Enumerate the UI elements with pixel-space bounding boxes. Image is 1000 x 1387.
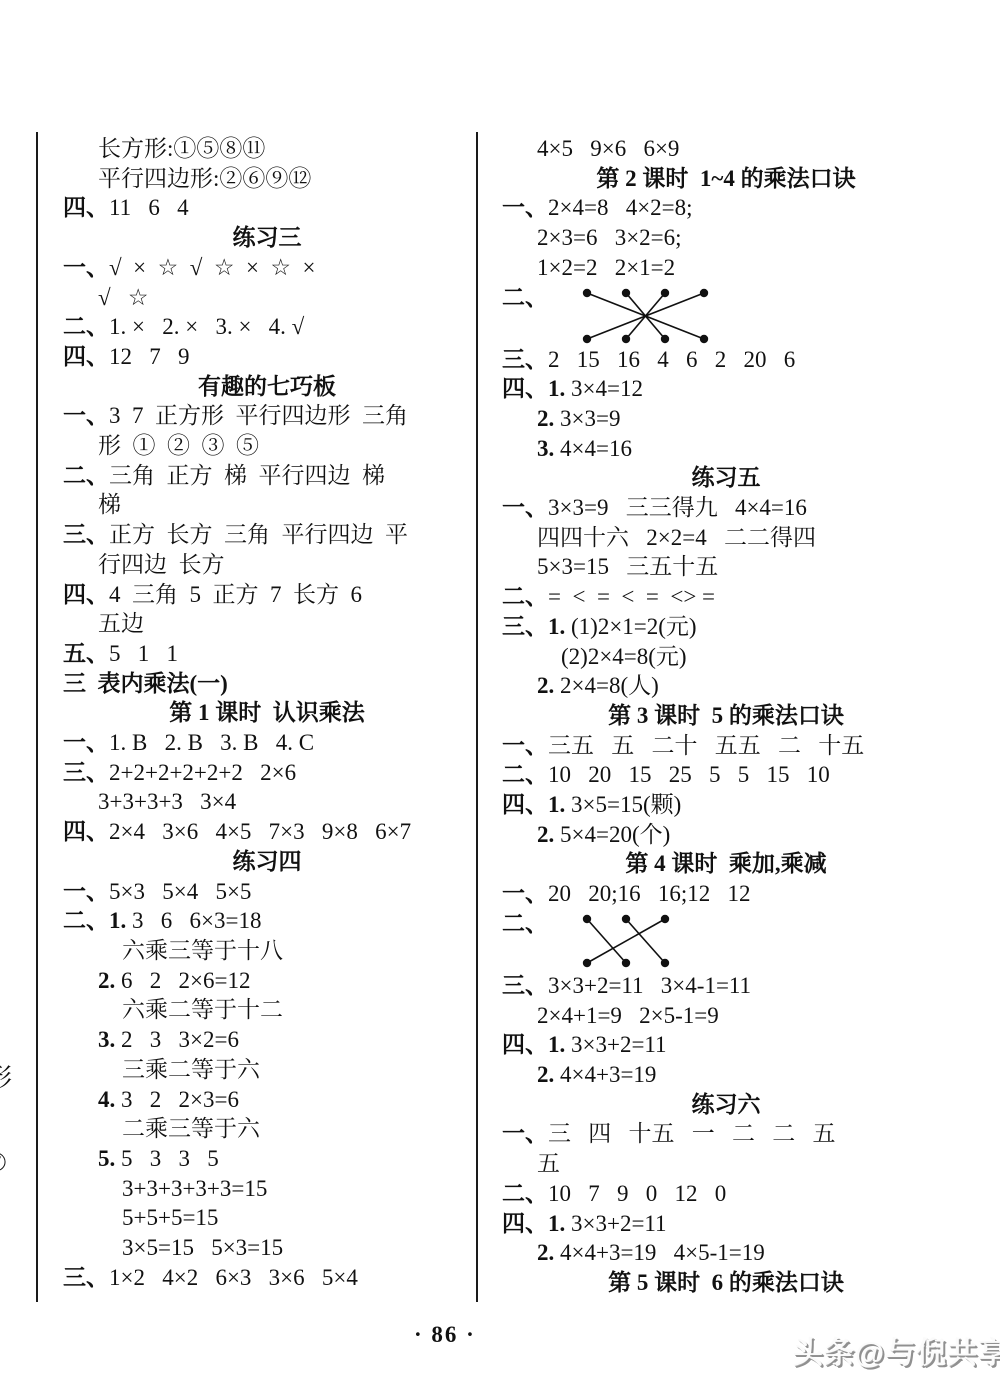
column-divider (476, 132, 478, 1302)
answer-text: 3 6 6×3=18 (126, 908, 261, 933)
margin-clipped-glyph: ⑦ (0, 1148, 7, 1178)
matching-diagram: 二、 (502, 909, 950, 971)
answer-line: 五、5 1 1 (63, 639, 471, 669)
list-marker: 四、1. (502, 792, 565, 817)
answer-text: 20 20;16 16;12 12 (548, 881, 751, 906)
list-marker: 二、1. (63, 908, 126, 933)
answer-text: 2×4=8 4×2=8; (548, 195, 693, 220)
answer-line: 一、√ × ☆ √ ☆ × ☆ × (63, 253, 471, 283)
answer-text: 三乘二等于六 (122, 1057, 260, 1082)
list-marker: 四、1. (502, 1032, 565, 1057)
answer-text: 3 2 2×3=6 (115, 1087, 239, 1112)
answer-text: 练习六 (692, 1092, 761, 1117)
answer-line: 1×2=2 2×1=2 (502, 253, 950, 283)
margin-clipped-glyph: 形 (0, 1058, 12, 1094)
answer-text: 第 1 课时 认识乘法 (169, 700, 365, 725)
list-marker: 一、 (502, 1121, 548, 1146)
answer-line: 六乘三等于十八 (63, 936, 471, 966)
answer-text: 3×5=15 5×3=15 (122, 1235, 283, 1260)
answer-text: 5×4=20(个) (554, 822, 670, 847)
answer-line: 三、1. (1)2×1=2(元) (502, 612, 950, 642)
answer-line: √ ☆ (63, 283, 471, 313)
list-marker: 二、 (502, 1181, 548, 1206)
answer-text: √ ☆ (98, 285, 149, 310)
answer-text: 练习四 (233, 849, 302, 874)
answer-line: 六乘二等于十二 (63, 995, 471, 1025)
answer-text: 10 20 15 25 5 5 15 10 (548, 762, 830, 787)
answer-text: 1. B 2. B 3. B 4. C (109, 730, 314, 755)
answer-line: 四、1. 3×4=12 (502, 374, 950, 404)
matching-lines-svg (580, 286, 712, 346)
heading-line: 有趣的七巧板 (63, 372, 471, 402)
answer-line: 二、1. 3 6 6×3=18 (63, 906, 471, 936)
answer-line: 5+5+5=15 (63, 1203, 471, 1233)
answer-text: 三 表内乘法(一) (63, 671, 228, 696)
list-marker: 一、 (63, 403, 109, 428)
answer-line: 3×5=15 5×3=15 (63, 1233, 471, 1263)
answer-text: = < = < = <> = (548, 584, 715, 609)
answer-text: 梯 (98, 492, 121, 517)
answer-line: 三、正方 长方 三角 平行四边 平 (63, 520, 471, 550)
list-marker: 三、 (63, 760, 109, 785)
answer-line: 四、1. 3×5=15(颗) (502, 790, 950, 820)
answer-text: 3 7 正方形 平行四边形 三角 (109, 403, 408, 428)
answer-text: 行四边 长方 (98, 552, 225, 577)
answer-text: 4 三角 5 正方 7 长方 6 (109, 582, 362, 607)
answer-text: 第 2 课时 1~4 的乘法口诀 (596, 166, 855, 191)
answer-text: 3×3+2=11 3×4-1=11 (548, 973, 751, 998)
answer-text: 3+3+3+3+3=15 (122, 1176, 267, 1201)
answer-text: 2×4 3×6 4×5 7×3 9×8 6×7 (109, 819, 411, 844)
answer-line: 二、= < = < = <> = (502, 582, 950, 612)
heading-line: 第 4 课时 乘加,乘减 (502, 849, 950, 879)
answer-line: 平行四边形:②⑥⑨⑫ (63, 164, 471, 194)
list-marker: 二、 (502, 762, 548, 787)
answer-text: 有趣的七巧板 (198, 374, 336, 399)
list-marker: 一、 (63, 255, 109, 280)
list-marker: 一、 (502, 881, 548, 906)
heading-line: 练习三 (63, 223, 471, 253)
answer-line: 四、1. 3×3+2=11 (502, 1030, 950, 1060)
answer-line: 二乘三等于六 (63, 1114, 471, 1144)
answer-text: 五边 (98, 611, 144, 636)
list-marker: 4. (98, 1087, 115, 1112)
heading-line: 第 2 课时 1~4 的乘法口诀 (502, 164, 950, 194)
answer-line: 四、1. 3×3+2=11 (502, 1209, 950, 1239)
answer-line: 五边 (63, 609, 471, 639)
answer-text: 4×5 9×6 6×9 (537, 136, 679, 161)
answer-line: 三、3×3+2=11 3×4-1=11 (502, 971, 950, 1001)
answer-line: 四四十六 2×2=4 二二得四 (502, 523, 950, 553)
answer-text: 3×3+2=11 (565, 1032, 666, 1057)
heading-line: 第 1 课时 认识乘法 (63, 698, 471, 728)
answer-text: 六乘二等于十二 (122, 997, 283, 1022)
answer-text: (1)2×1=2(元) (565, 614, 696, 639)
answer-text: 1×2 4×2 6×3 3×6 5×4 (109, 1265, 358, 1290)
answer-text: 五 (537, 1151, 560, 1176)
list-marker: 2. (537, 406, 554, 431)
answer-text: 2×4+1=9 2×5-1=9 (537, 1003, 719, 1028)
answer-text: 2 3 3×2=6 (115, 1027, 239, 1052)
answer-line: 形 ① ② ③ ⑤ (63, 431, 471, 461)
matching-diagram: 二、 (502, 283, 950, 345)
list-marker: 三、 (63, 522, 109, 547)
answer-text: 5×3=15 三五十五 (537, 554, 718, 579)
answer-text: 6 2 2×6=12 (115, 968, 250, 993)
answer-text: 4×4+3=19 (554, 1062, 656, 1087)
list-marker: 2. (537, 673, 554, 698)
answer-text: 平行四边形:②⑥⑨⑫ (98, 166, 311, 191)
answers-column-left: 长方形:①⑤⑧⑪平行四边形:②⑥⑨⑫四、11 6 4练习三一、√ × ☆ √ ☆… (63, 134, 471, 1292)
answer-text: 3×3=9 三三得九 4×4=16 (548, 495, 807, 520)
list-marker: 二、 (502, 584, 548, 609)
answer-line: 2. 4×4+3=19 (502, 1060, 950, 1090)
list-marker: 四、 (63, 582, 109, 607)
answer-text: 练习五 (692, 465, 761, 490)
answer-line: 一、三 四 十五 一 二 二 五 (502, 1119, 950, 1149)
list-marker: 四、1. (502, 376, 565, 401)
answer-text: 正方 长方 三角 平行四边 平 (109, 522, 408, 547)
list-marker: 5. (98, 1146, 115, 1171)
answer-line: 5. 5 3 3 5 (63, 1144, 471, 1174)
answer-text: 1×2=2 2×1=2 (537, 255, 675, 280)
answer-line: 五 (502, 1149, 950, 1179)
list-marker: 二、 (502, 283, 548, 313)
list-marker: 三、 (63, 1265, 109, 1290)
list-marker: 二、 (502, 909, 548, 939)
list-marker: 2. (537, 1062, 554, 1087)
answer-line: (2)2×4=8(元) (502, 642, 950, 672)
list-marker: 三、 (502, 973, 548, 998)
answer-text: 3×3=9 (554, 406, 620, 431)
list-marker: 五、 (63, 641, 109, 666)
answer-text: 六乘三等于十八 (122, 938, 283, 963)
answer-text: 10 7 9 0 12 0 (548, 1181, 726, 1206)
answer-line: 二、三角 正方 梯 平行四边 梯 (63, 461, 471, 491)
answer-text: 11 6 4 (109, 195, 189, 220)
answer-line: 一、2×4=8 4×2=8; (502, 193, 950, 223)
answer-line: 2. 5×4=20(个) (502, 820, 950, 850)
answer-text: 3×4=12 (565, 376, 643, 401)
answer-text: 5+5+5=15 (122, 1205, 218, 1230)
answer-text: 三五 五 二十 五五 二 十五 (548, 733, 864, 758)
answer-text: 3×5=15(颗) (565, 792, 681, 817)
answer-line: 2. 4×4+3=19 4×5-1=19 (502, 1238, 950, 1268)
list-marker: 2. (537, 1240, 554, 1265)
answer-line: 4×5 9×6 6×9 (502, 134, 950, 164)
answer-line: 二、10 20 15 25 5 5 15 10 (502, 760, 950, 790)
answer-line: 梯 (63, 490, 471, 520)
answer-text: 5 1 1 (109, 641, 178, 666)
list-marker: 2. (537, 822, 554, 847)
page-left-border (36, 132, 38, 1302)
heading-line: 第 3 课时 5 的乘法口诀 (502, 701, 950, 731)
list-marker: 一、 (63, 730, 109, 755)
answer-text: 形 ① ② ③ ⑤ (98, 433, 259, 458)
answer-text: 三角 正方 梯 平行四边 梯 (109, 463, 385, 488)
answer-line: 三、2 15 16 4 6 2 20 6 (502, 345, 950, 375)
page-number: · 86 · (414, 1322, 476, 1348)
list-marker: 一、 (502, 495, 548, 520)
answer-line: 二、1. × 2. × 3. × 4. √ (63, 312, 471, 342)
answer-book-page: 形 ⑦ 长方形:①⑤⑧⑪平行四边形:②⑥⑨⑫四、11 6 4练习三一、√ × ☆… (0, 0, 1000, 1387)
answer-text: 1. × 2. × 3. × 4. √ (109, 314, 304, 339)
answer-line: 3+3+3+3 3×4 (63, 787, 471, 817)
answer-text: 3×3+2=11 (565, 1211, 666, 1236)
list-marker: 四、1. (502, 1211, 565, 1236)
heading-line: 练习五 (502, 463, 950, 493)
answer-text: 2 15 16 4 6 2 20 6 (548, 347, 795, 372)
heading-line: 练习四 (63, 847, 471, 877)
watermark-text: 头条@与倪共享 (793, 1328, 1000, 1372)
section-title: 三 表内乘法(一) (63, 669, 471, 699)
answer-line: 2. 3×3=9 (502, 404, 950, 434)
answer-text: 第 5 课时 6 的乘法口诀 (608, 1270, 844, 1295)
answer-line: 一、3×3=9 三三得九 4×4=16 (502, 493, 950, 523)
answer-line: 三、1×2 4×2 6×3 3×6 5×4 (63, 1263, 471, 1293)
answer-text: 2×4=8(人) (554, 673, 659, 698)
answer-line: 一、3 7 正方形 平行四边形 三角 (63, 401, 471, 431)
list-marker: 三、1. (502, 614, 565, 639)
answer-line: 4. 3 2 2×3=6 (63, 1085, 471, 1115)
list-marker: 四、 (63, 819, 109, 844)
list-marker: 一、 (502, 195, 548, 220)
list-marker: 2. (98, 968, 115, 993)
answer-text: 四四十六 2×2=4 二二得四 (537, 525, 816, 550)
answer-text: 4×4+3=19 4×5-1=19 (554, 1240, 765, 1265)
answer-text: 第 4 课时 乘加,乘减 (625, 851, 826, 876)
answer-line: 2. 2×4=8(人) (502, 671, 950, 701)
answer-text: 5×3 5×4 5×5 (109, 879, 251, 904)
answer-line: 一、三五 五 二十 五五 二 十五 (502, 731, 950, 761)
answer-line: 四、11 6 4 (63, 193, 471, 223)
heading-line: 练习六 (502, 1090, 950, 1120)
answer-text: 5 3 3 5 (115, 1146, 219, 1171)
answer-text: 12 7 9 (109, 344, 190, 369)
list-marker: 3. (98, 1027, 115, 1052)
answer-line: 四、2×4 3×6 4×5 7×3 9×8 6×7 (63, 817, 471, 847)
answer-line: 2×3=6 3×2=6; (502, 223, 950, 253)
answer-text: 3+3+3+3 3×4 (98, 789, 236, 814)
answer-line: 2×4+1=9 2×5-1=9 (502, 1001, 950, 1031)
answer-line: 2. 6 2 2×6=12 (63, 966, 471, 996)
answer-text: 第 3 课时 5 的乘法口诀 (608, 703, 844, 728)
answer-text: 2×3=6 3×2=6; (537, 225, 682, 250)
answers-column-right: 4×5 9×6 6×9第 2 课时 1~4 的乘法口诀一、2×4=8 4×2=8… (502, 134, 950, 1298)
answer-line: 一、5×3 5×4 5×5 (63, 877, 471, 907)
list-marker: 3. (537, 436, 554, 461)
answer-text: 4×4=16 (554, 436, 632, 461)
list-marker: 一、 (502, 733, 548, 758)
answer-line: 三乘二等于六 (63, 1055, 471, 1085)
answer-text: 二乘三等于六 (122, 1116, 260, 1141)
answer-line: 三、2+2+2+2+2+2 2×6 (63, 758, 471, 788)
answer-text: √ × ☆ √ ☆ × ☆ × (109, 255, 316, 280)
answer-line: 5×3=15 三五十五 (502, 552, 950, 582)
answer-line: 3+3+3+3+3=15 (63, 1174, 471, 1204)
answer-line: 行四边 长方 (63, 550, 471, 580)
answer-text: 2+2+2+2+2+2 2×6 (109, 760, 296, 785)
list-marker: 四、 (63, 195, 109, 220)
answer-line: 二、10 7 9 0 12 0 (502, 1179, 950, 1209)
answer-line: 四、4 三角 5 正方 7 长方 6 (63, 580, 471, 610)
answer-line: 一、1. B 2. B 3. B 4. C (63, 728, 471, 758)
list-marker: 三、 (502, 347, 548, 372)
answer-text: 练习三 (233, 225, 302, 250)
answer-line: 四、12 7 9 (63, 342, 471, 372)
answer-line: 3. 2 3 3×2=6 (63, 1025, 471, 1055)
answer-text: 三 四 十五 一 二 二 五 (548, 1121, 836, 1146)
list-marker: 四、 (63, 344, 109, 369)
answer-line: 一、20 20;16 16;12 12 (502, 879, 950, 909)
heading-line: 第 5 课时 6 的乘法口诀 (502, 1268, 950, 1298)
answer-text: (2)2×4=8(元) (561, 644, 687, 669)
matching-lines-svg (580, 912, 674, 970)
answer-text: 长方形:①⑤⑧⑪ (98, 136, 265, 161)
answer-line: 3. 4×4=16 (502, 434, 950, 464)
list-marker: 二、 (63, 314, 109, 339)
answer-line: 长方形:①⑤⑧⑪ (63, 134, 471, 164)
list-marker: 二、 (63, 463, 109, 488)
list-marker: 一、 (63, 879, 109, 904)
